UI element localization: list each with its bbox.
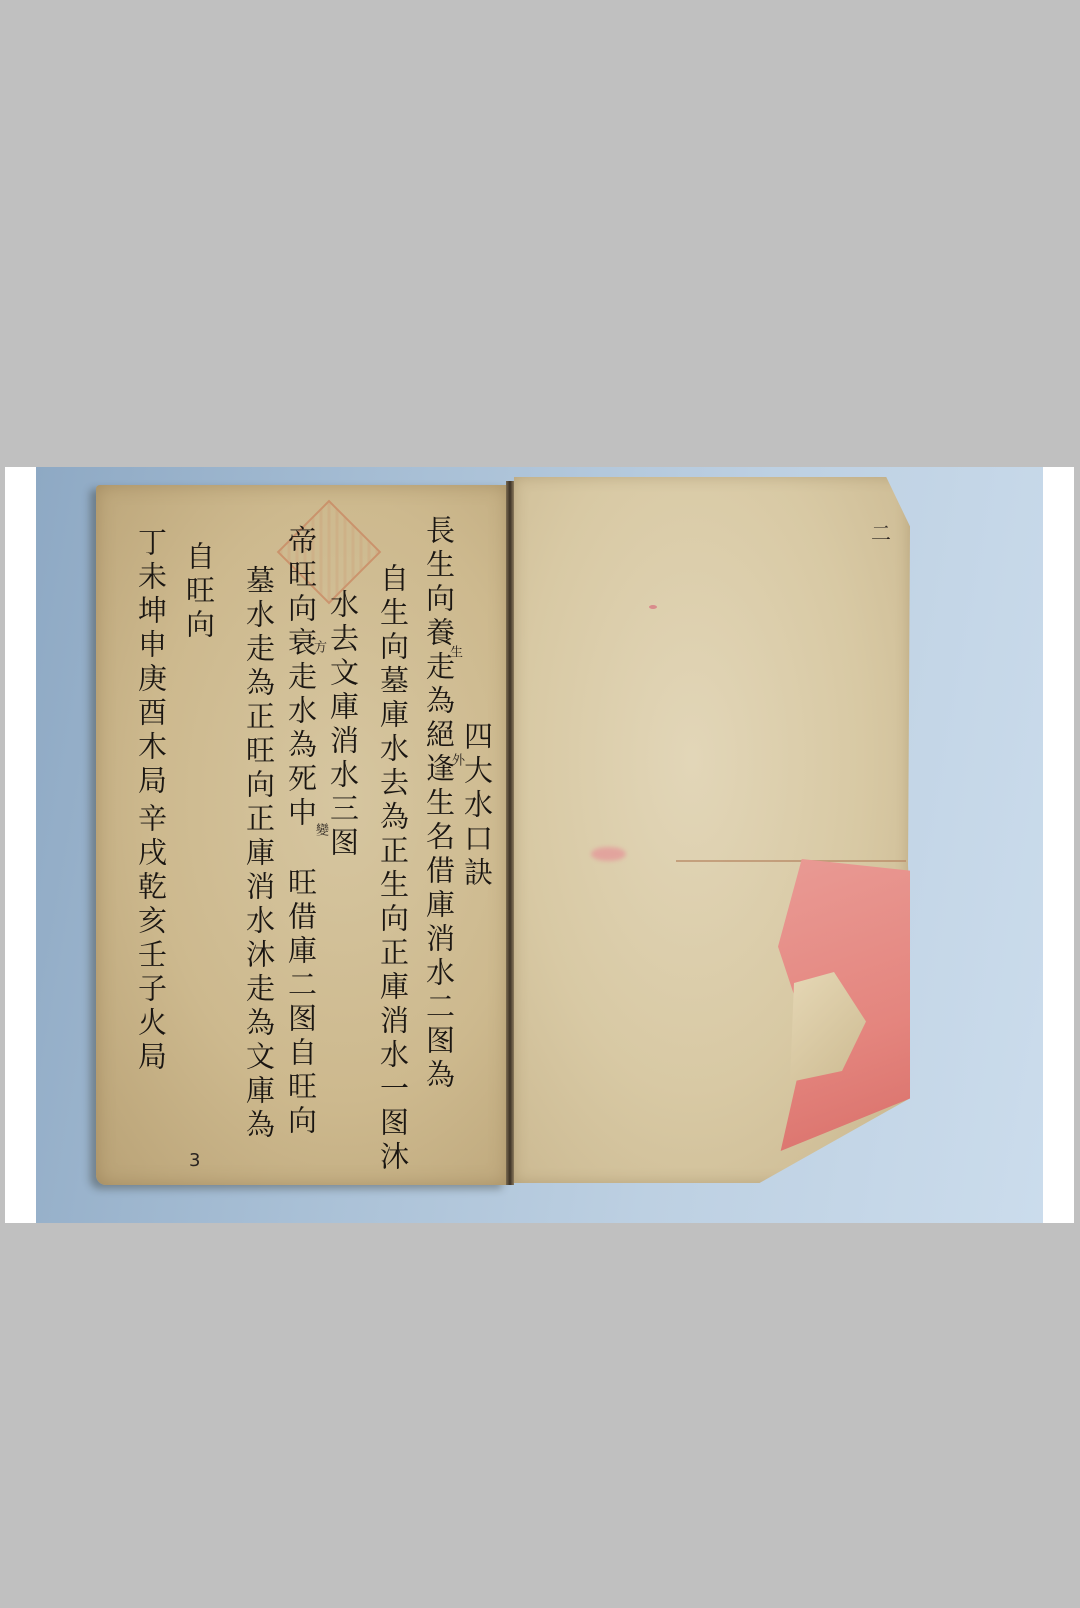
- title-column: 四大水口訣: [462, 721, 491, 891]
- text-column: 自生向墓庫水去為正生向正庫消水一图沐: [378, 563, 407, 1175]
- text-column: 自旺向: [184, 541, 213, 643]
- text-column: 旺借庫二图自旺向: [286, 867, 315, 1139]
- text-column: 墓水走為正旺向正庫消水沐走為文庫為: [244, 565, 273, 1143]
- tear-line: [676, 860, 906, 862]
- manuscript-photo: 四大水口訣 長生向養 生 走為絕 外 逢生名借庫消水二图為 自生向墓庫水去為正生…: [36, 467, 1043, 1223]
- text-column: 走為絕: [424, 651, 453, 753]
- stain: [591, 847, 626, 861]
- text-column: 走水為死中: [286, 661, 315, 831]
- stain: [649, 605, 657, 609]
- annotation: 方: [312, 640, 325, 654]
- image-frame: 四大水口訣 長生向養 生 走為絕 外 逢生名借庫消水二图為 自生向墓庫水去為正生…: [5, 467, 1074, 1223]
- text-column: 長生向養: [424, 515, 453, 651]
- left-page: 四大水口訣 長生向養 生 走為絕 外 逢生名借庫消水二图為 自生向墓庫水去為正生…: [96, 485, 508, 1185]
- right-page-number: 二: [871, 517, 891, 546]
- annotation: 變: [314, 823, 327, 837]
- text-column: 水去文庫消水三图: [328, 589, 357, 861]
- left-page-number: 3: [189, 1150, 200, 1171]
- text-column: 丁未坤申庚酉木局: [136, 527, 165, 799]
- text-column: 辛戌乾亥壬子火局: [136, 803, 165, 1075]
- book-spine: [506, 481, 514, 1185]
- text-column: 逢生名借庫消水二图為: [424, 753, 453, 1093]
